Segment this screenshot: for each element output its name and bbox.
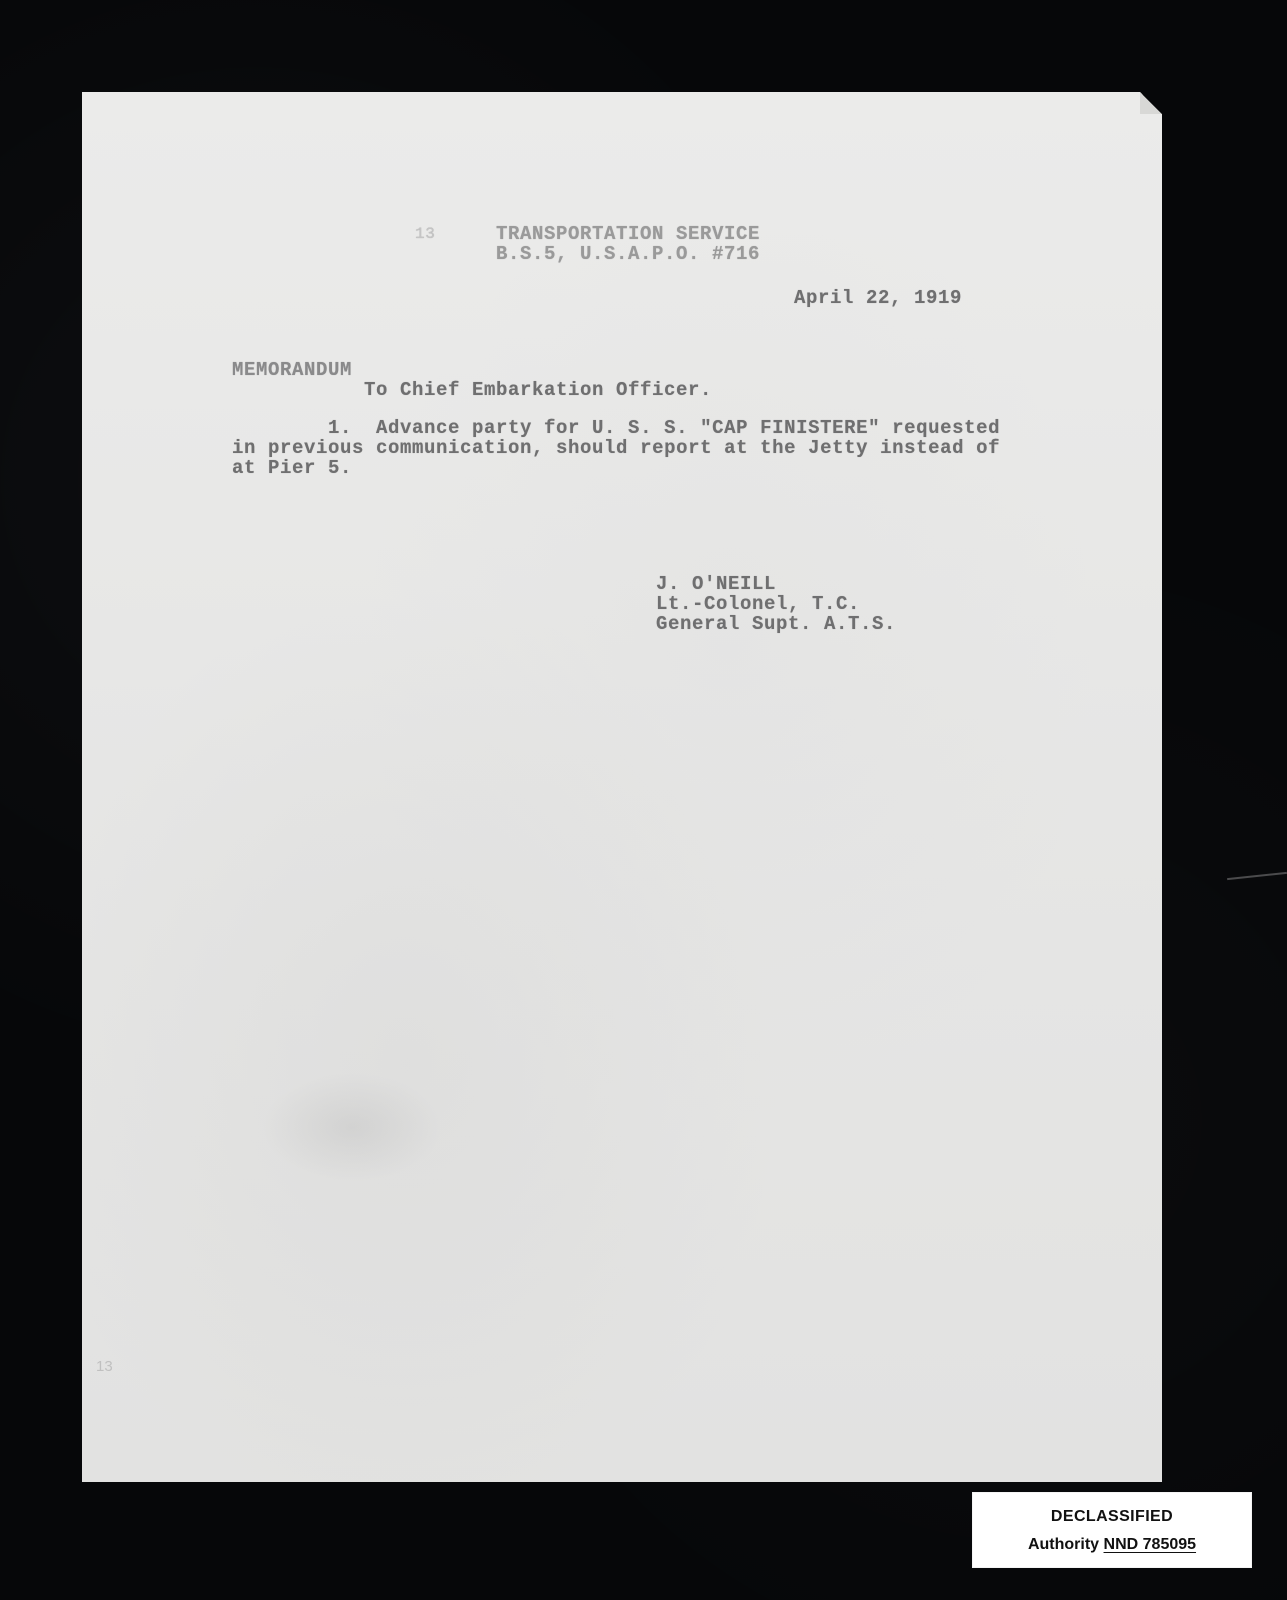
signature-name: J. O'NEILL <box>656 574 776 594</box>
header-address: B.S.5, U.S.A.P.O. #716 <box>496 244 760 264</box>
signature-title: General Supt. A.T.S. <box>656 614 896 634</box>
header-organization: TRANSPORTATION SERVICE <box>496 224 760 244</box>
signature-rank: Lt.-Colonel, T.C. <box>656 594 860 614</box>
memo-body-line: 1. Advance party for U. S. S. "CAP FINIS… <box>232 418 1000 438</box>
memo-body-line: at Pier 5. <box>232 458 352 478</box>
paper-smudge <box>262 1072 442 1182</box>
stamp-authority-prefix: Authority <box>1028 1536 1099 1553</box>
memo-recipient: To Chief Embarkation Officer. <box>364 380 712 400</box>
declassified-stamp: DECLASSIFIED Authority NND 785095 <box>972 1492 1252 1568</box>
memo-body-line: in previous communication, should report… <box>232 438 1000 458</box>
memo-date: April 22, 1919 <box>794 288 962 308</box>
stamp-authority: Authority NND 785095 <box>973 1536 1251 1554</box>
page-number-mark: 13 <box>96 1358 113 1375</box>
header-stamp-mark: 13 <box>415 224 435 244</box>
stamp-title: DECLASSIFIED <box>973 1508 1251 1526</box>
stamp-authority-code: NND 785095 <box>1104 1536 1197 1553</box>
memo-label: MEMORANDUM <box>232 360 352 380</box>
memorandum-page <box>82 92 1162 1482</box>
